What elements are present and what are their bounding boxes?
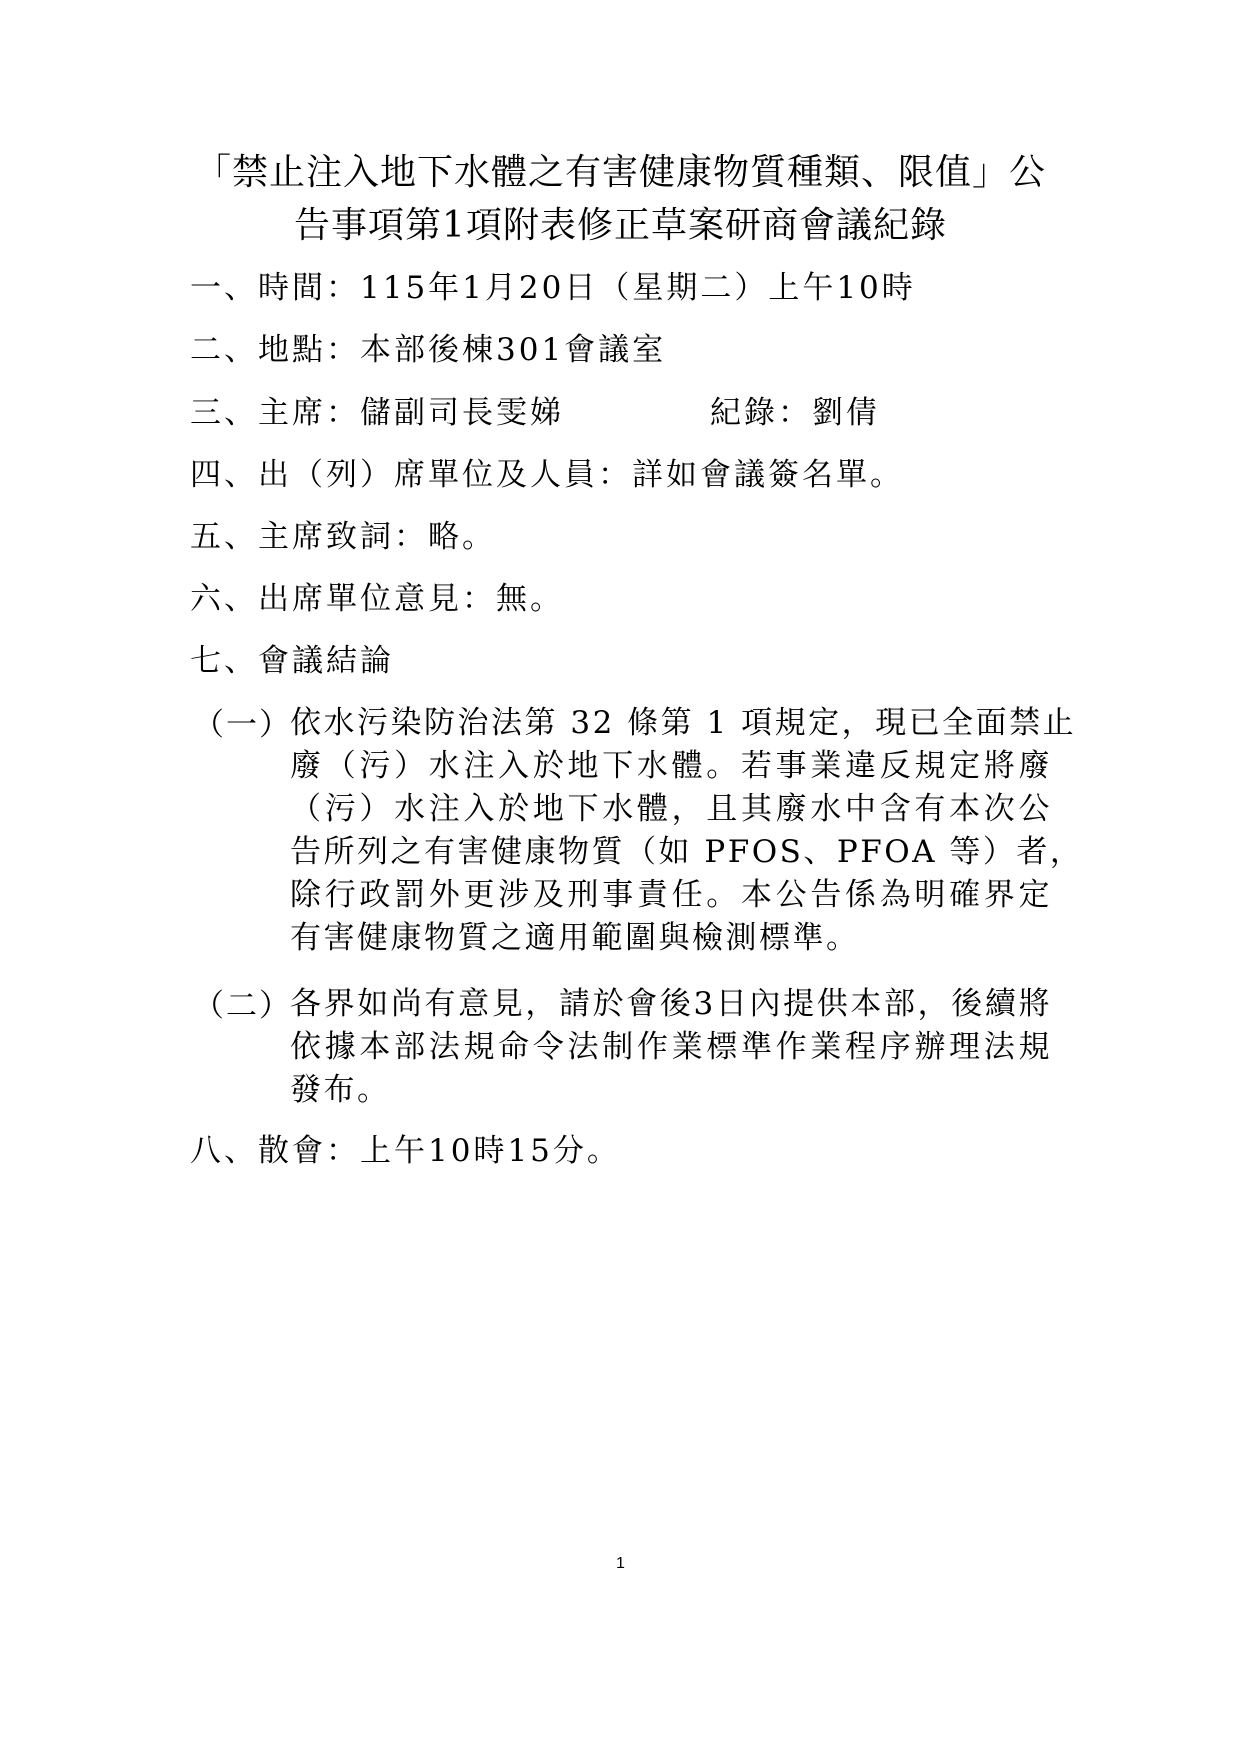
- item-attendee-opinions: 六、出席單位意見：無。: [190, 579, 564, 619]
- conclusion-1-line: 有害健康物質之適用範圍與檢測標準。: [290, 917, 1052, 960]
- item-attendee-opinions-label: 六、出席單位意見：: [190, 581, 496, 617]
- document-title-line-1: 「禁止注入地下水體之有害健康物質種類、限值」公: [0, 150, 1241, 196]
- conclusion-2-marker: （二）: [193, 986, 292, 1026]
- item-chair-label: 三、主席：: [190, 395, 360, 431]
- recorder-label: 紀錄：: [710, 395, 812, 431]
- recorder-value: 劉倩: [812, 395, 880, 431]
- document-title-line-2: 告事項第1項附表修正草案研商會議紀錄: [0, 203, 1241, 249]
- item-adjourn-value: 上午10時15分。: [360, 1133, 621, 1169]
- recorder: 紀錄：劉倩: [710, 393, 880, 433]
- item-attendees-value: 詳如會議簽名單。: [632, 457, 904, 493]
- item-chair-remarks-label: 五、主席致詞：: [190, 519, 428, 555]
- item-chair-value: 儲副司長雯娣: [360, 395, 564, 431]
- item-conclusions-label: 七、會議結論: [190, 643, 394, 679]
- conclusion-1-text: 依水污染防治法第 32 條第 1 項規定，現已全面禁止 廢（污）水注入於地下水體…: [290, 702, 1052, 960]
- item-location-value: 本部後棟301會議室: [360, 332, 666, 368]
- conclusion-2-line: 依據本部法規命令法制作業標準作業程序辦理法規: [290, 1026, 1052, 1069]
- item-attendees-label: 四、出（列）席單位及人員：: [190, 457, 632, 493]
- conclusion-2-line: 發布。: [290, 1069, 1052, 1112]
- conclusion-1-marker: （一）: [193, 705, 292, 745]
- conclusion-1-line: 依水污染防治法第 32 條第 1 項規定，現已全面禁止: [290, 702, 1052, 745]
- conclusion-2-line: 各界如尚有意見，請於會後3日內提供本部，後續將: [290, 983, 1052, 1026]
- item-time-value: 115年1月20日（星期二）上午10時: [360, 270, 916, 306]
- item-attendees: 四、出（列）席單位及人員：詳如會議簽名單。: [190, 455, 904, 495]
- conclusion-1-line: 告所列之有害健康物質（如 PFOS、PFOA 等）者，: [290, 831, 1052, 874]
- page-number: 1: [0, 1555, 1241, 1573]
- item-time-label: 一、時間：: [190, 270, 360, 306]
- conclusion-1-line: 除行政罰外更涉及刑事責任。本公告係為明確界定: [290, 874, 1052, 917]
- conclusion-1-line: （污）水注入於地下水體，且其廢水中含有本次公: [290, 788, 1052, 831]
- item-location-label: 二、地點：: [190, 332, 360, 368]
- item-chair: 三、主席：儲副司長雯娣: [190, 393, 1090, 433]
- item-attendee-opinions-value: 無。: [496, 581, 564, 617]
- item-time: 一、時間：115年1月20日（星期二）上午10時: [190, 268, 916, 308]
- item-chair-remarks-value: 略。: [428, 519, 496, 555]
- item-location: 二、地點：本部後棟301會議室: [190, 330, 666, 370]
- conclusion-1-line: 廢（污）水注入於地下水體。若事業違反規定將廢: [290, 745, 1052, 788]
- item-adjourn: 八、散會：上午10時15分。: [190, 1131, 621, 1171]
- item-conclusions-heading: 七、會議結論: [190, 641, 394, 681]
- item-adjourn-label: 八、散會：: [190, 1133, 360, 1169]
- item-chair-remarks: 五、主席致詞：略。: [190, 517, 496, 557]
- conclusion-2-text: 各界如尚有意見，請於會後3日內提供本部，後續將 依據本部法規命令法制作業標準作業…: [290, 983, 1052, 1112]
